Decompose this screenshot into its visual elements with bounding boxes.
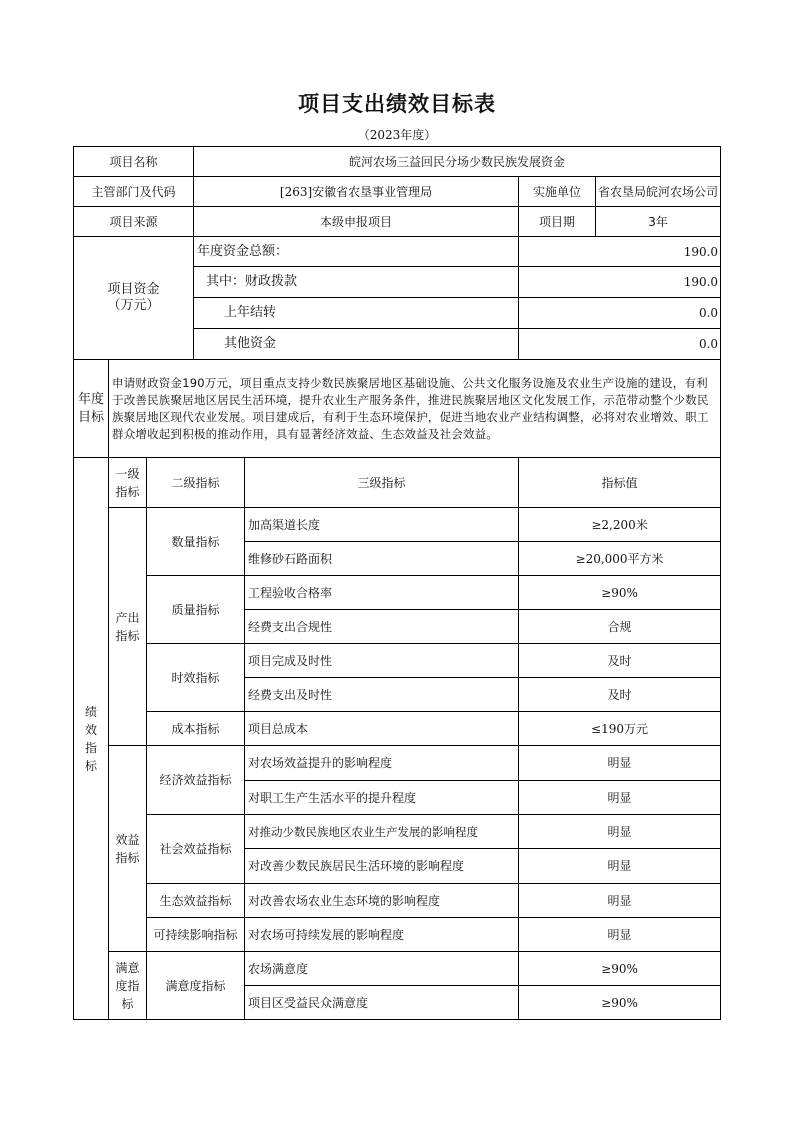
satisfaction-indicators-label: 满意 度指 标 bbox=[109, 952, 147, 1020]
benefit-indicators-label: 效益 指标 bbox=[109, 746, 147, 952]
indicator-row: 时效指标 项目完成及时性 及时 bbox=[74, 644, 721, 678]
page-subtitle-year: （2023年度） bbox=[0, 126, 794, 143]
funds-label: 项目资金 （万元） bbox=[74, 237, 194, 360]
indicator-name: 加高渠道长度 bbox=[245, 508, 519, 542]
indicator-name: 农场满意度 bbox=[245, 952, 519, 986]
row-project-name: 项目名称 皖河农场三益回民分场少数民族发展资金 bbox=[74, 147, 721, 177]
indicator-value: ≥20,000平方米 bbox=[519, 542, 721, 576]
indicator-row: 成本指标 项目总成本 ≤190万元 bbox=[74, 712, 721, 746]
indicator-name: 项目区受益民众满意度 bbox=[245, 986, 519, 1020]
funds-row-value: 0.0 bbox=[519, 298, 721, 329]
page-title: 项目支出绩效目标表 bbox=[0, 88, 794, 118]
period-value: 3年 bbox=[596, 207, 721, 237]
ecological-indicator-label: 生态效益指标 bbox=[147, 884, 245, 918]
indicator-value: 及时 bbox=[519, 644, 721, 678]
annual-goal-label: 年度 目标 bbox=[74, 360, 109, 458]
indicator-name: 项目完成及时性 bbox=[245, 644, 519, 678]
indicator-row: 可持续影响指标 对农场可持续发展的影响程度 明显 bbox=[74, 918, 721, 952]
row-source: 项目来源 本级申报项目 项目期 3年 bbox=[74, 207, 721, 237]
header-value: 指标值 bbox=[519, 458, 721, 508]
annual-goal-label-line1: 年度 bbox=[74, 391, 108, 409]
output-indicators-label: 产出 指标 bbox=[109, 508, 147, 746]
indicator-row: 社会效益指标 对推动少数民族地区农业生产发展的影响程度 明显 bbox=[74, 815, 721, 849]
header-level3: 三级指标 bbox=[245, 458, 519, 508]
funds-row-value: 190.0 bbox=[519, 237, 721, 267]
header-level2: 二级指标 bbox=[147, 458, 245, 508]
funds-row-label: 其中：财政拨款 bbox=[194, 267, 519, 298]
indicator-value: 明显 bbox=[519, 746, 721, 781]
indicator-name: 对改善农场农业生态环境的影响程度 bbox=[245, 884, 519, 918]
indicator-value: 明显 bbox=[519, 849, 721, 884]
funds-row-label: 年度资金总额： bbox=[194, 237, 519, 267]
funds-row-value: 0.0 bbox=[519, 329, 721, 360]
header-level1: 一级 指标 bbox=[109, 458, 147, 508]
sustainable-indicator-label: 可持续影响指标 bbox=[147, 918, 245, 952]
indicator-value: ≤190万元 bbox=[519, 712, 721, 746]
indicator-value: 明显 bbox=[519, 815, 721, 849]
indicator-row: 质量指标 工程验收合格率 ≥90% bbox=[74, 576, 721, 610]
cost-indicator-label: 成本指标 bbox=[147, 712, 245, 746]
funds-row-label: 上年结转 bbox=[194, 298, 519, 329]
row-indicator-header: 绩 效 指 标 一级 指标 二级指标 三级指标 指标值 bbox=[74, 458, 721, 508]
indicator-name: 对农场可持续发展的影响程度 bbox=[245, 918, 519, 952]
period-label: 项目期 bbox=[519, 207, 596, 237]
economic-indicator-label: 经济效益指标 bbox=[147, 746, 245, 815]
indicator-value: 合规 bbox=[519, 610, 721, 644]
indicator-value: 及时 bbox=[519, 678, 721, 712]
project-name-label: 项目名称 bbox=[74, 147, 194, 177]
source-value: 本级申报项目 bbox=[194, 207, 519, 237]
indicator-value: ≥90% bbox=[519, 986, 721, 1020]
satisfaction-indicator-label: 满意度指标 bbox=[147, 952, 245, 1020]
funds-label-line1: 项目资金 bbox=[74, 282, 193, 298]
annual-goal-text: 申请财政资金190万元，项目重点支持少数民族聚居地区基础设施、公共文化服务设施及… bbox=[109, 360, 721, 458]
indicator-name: 对职工生产生活水平的提升程度 bbox=[245, 781, 519, 815]
department-label: 主管部门及代码 bbox=[74, 177, 194, 207]
indicator-row: 产出 指标 数量指标 加高渠道长度 ≥2,200米 bbox=[74, 508, 721, 542]
implementer-value: 省农垦局皖河农场公司 bbox=[596, 177, 721, 207]
indicator-row: 效益 指标 经济效益指标 对农场效益提升的影响程度 明显 bbox=[74, 746, 721, 781]
indicators-section-label: 绩 效 指 标 bbox=[74, 458, 109, 1020]
indicator-value: ≥2,200米 bbox=[519, 508, 721, 542]
indicator-name: 对农场效益提升的影响程度 bbox=[245, 746, 519, 781]
indicator-name: 对改善少数民族居民生活环境的影响程度 bbox=[245, 849, 519, 884]
implementer-label: 实施单位 bbox=[519, 177, 596, 207]
source-label: 项目来源 bbox=[74, 207, 194, 237]
indicator-name: 经费支出及时性 bbox=[245, 678, 519, 712]
quality-indicator-label: 质量指标 bbox=[147, 576, 245, 644]
indicator-value: ≥90% bbox=[519, 576, 721, 610]
funds-row-label: 其他资金 bbox=[194, 329, 519, 360]
indicator-name: 经费支出合规性 bbox=[245, 610, 519, 644]
indicator-row: 满意 度指 标 满意度指标 农场满意度 ≥90% bbox=[74, 952, 721, 986]
row-department: 主管部门及代码 [263]安徽省农垦事业管理局 实施单位 省农垦局皖河农场公司 bbox=[74, 177, 721, 207]
indicator-value: 明显 bbox=[519, 884, 721, 918]
row-funds-total: 项目资金 （万元） 年度资金总额： 190.0 bbox=[74, 237, 721, 267]
indicator-name: 对推动少数民族地区农业生产发展的影响程度 bbox=[245, 815, 519, 849]
indicator-value: ≥90% bbox=[519, 952, 721, 986]
performance-target-table: 项目名称 皖河农场三益回民分场少数民族发展资金 主管部门及代码 [263]安徽省… bbox=[73, 146, 721, 1020]
funds-label-line2: （万元） bbox=[74, 298, 193, 314]
department-value: [263]安徽省农垦事业管理局 bbox=[194, 177, 519, 207]
indicator-name: 工程验收合格率 bbox=[245, 576, 519, 610]
row-annual-goal: 年度 目标 申请财政资金190万元，项目重点支持少数民族聚居地区基础设施、公共文… bbox=[74, 360, 721, 458]
quantity-indicator-label: 数量指标 bbox=[147, 508, 245, 576]
indicator-value: 明显 bbox=[519, 918, 721, 952]
indicator-value: 明显 bbox=[519, 781, 721, 815]
social-indicator-label: 社会效益指标 bbox=[147, 815, 245, 884]
annual-goal-label-line2: 目标 bbox=[74, 409, 108, 427]
funds-row-value: 190.0 bbox=[519, 267, 721, 298]
indicator-name: 维修砂石路面积 bbox=[245, 542, 519, 576]
timeliness-indicator-label: 时效指标 bbox=[147, 644, 245, 712]
indicator-name: 项目总成本 bbox=[245, 712, 519, 746]
project-name-value: 皖河农场三益回民分场少数民族发展资金 bbox=[194, 147, 721, 177]
indicator-row: 生态效益指标 对改善农场农业生态环境的影响程度 明显 bbox=[74, 884, 721, 918]
